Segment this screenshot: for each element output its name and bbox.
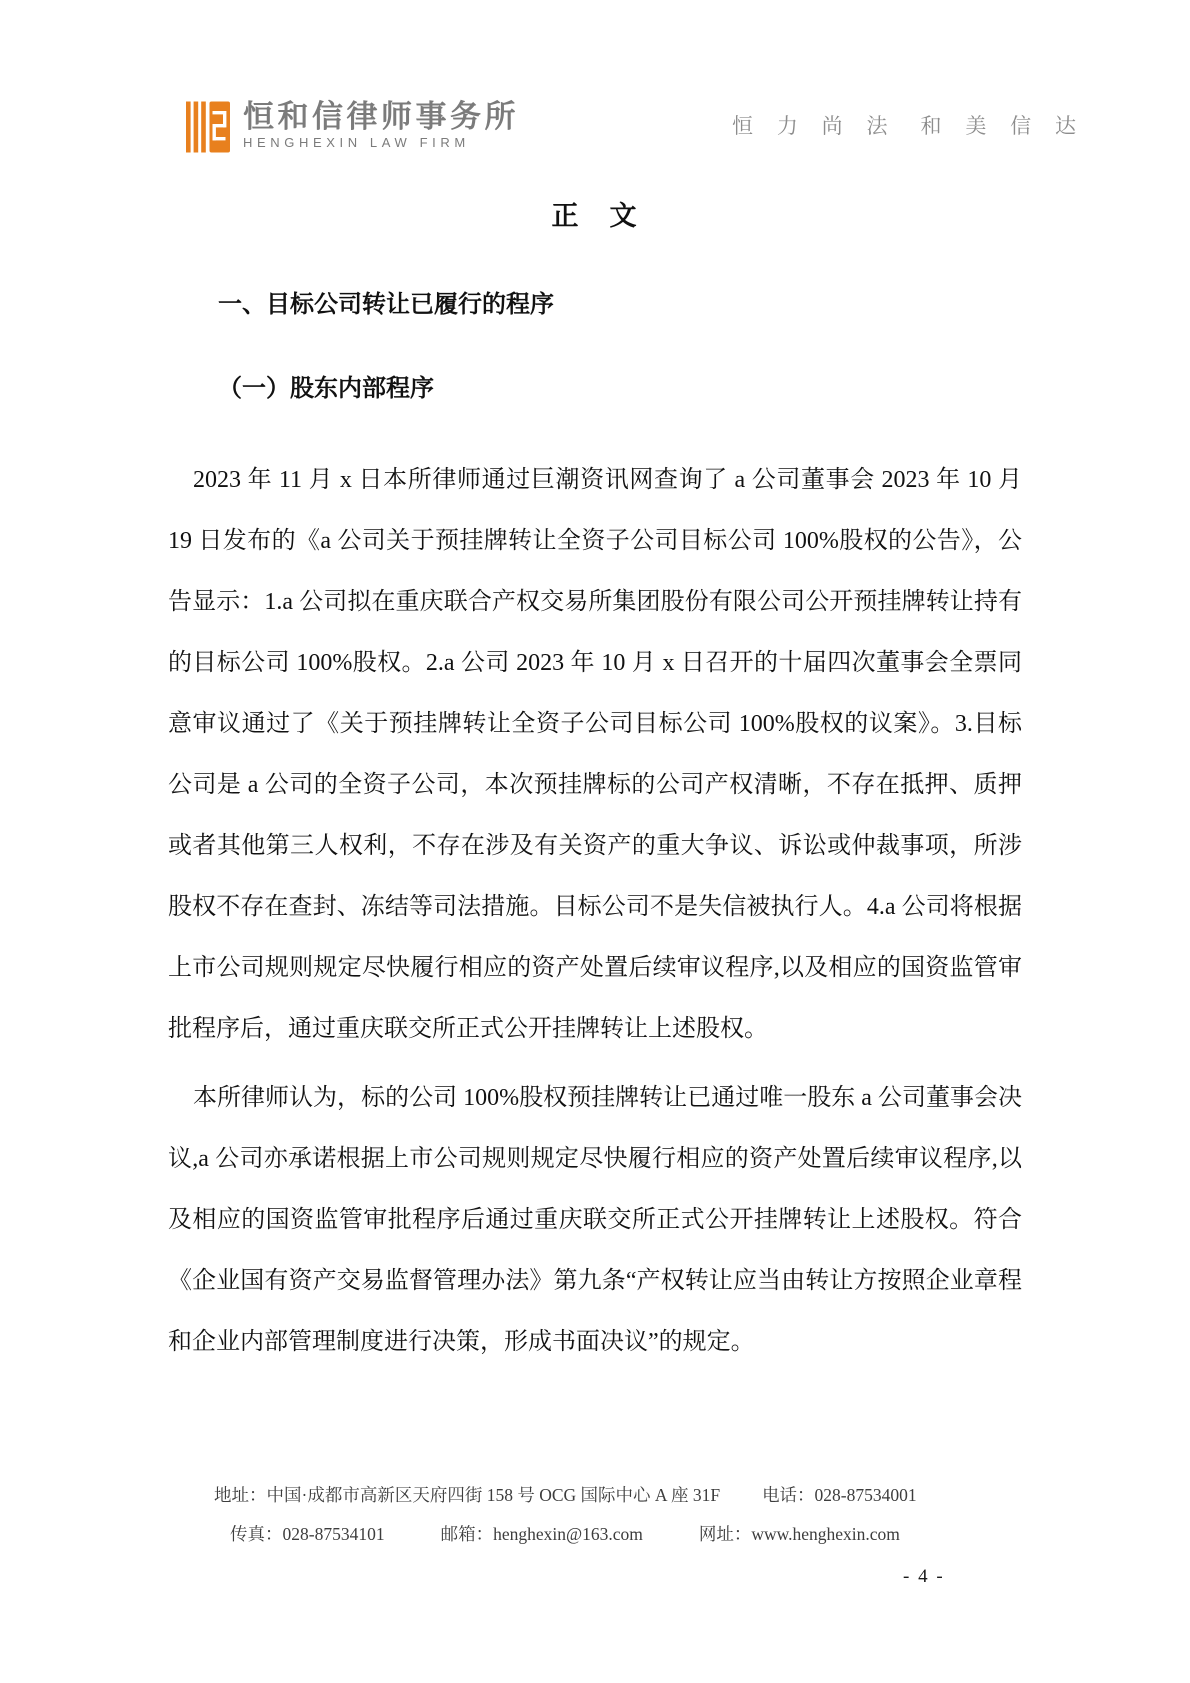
document-body: 正 文 一、目标公司转让已履行的程序 （一）股东内部程序 2023 年 11 月… [168,196,1022,1373]
footer-address: 地址：中国·成都市高新区天府四街 158 号 OCG 国际中心 A 座 31F [214,1482,720,1508]
law-firm-logo-icon [186,101,230,153]
page-number: - 4 - [903,1566,945,1588]
body-paragraph-2: 本所律师认为，标的公司 100%股权预挂牌转让已通过唯一股东 a 公司董事会决议… [168,1068,1022,1373]
law-firm-brand: 恒和信律师事务所 HENGHEXIN LAW FIRM [186,100,519,153]
slogan-part-1: 恒 力 尚 法 [732,110,897,140]
footer-email: 邮箱：henghexin@163.com [441,1521,643,1547]
document-title: 正 文 [168,196,1022,236]
law-firm-name-cn: 恒和信律师事务所 [243,100,519,134]
law-firm-name-en: HENGHEXIN LAW FIRM [243,135,519,150]
body-paragraph-1: 2023 年 11 月 x 日本所律师通过巨潮资讯网查询了 a 公司董事会 20… [168,450,1022,1060]
footer-phone: 电话：028-87534001 [762,1482,917,1508]
section-heading: 一、目标公司转让已履行的程序 [168,288,1022,322]
page-footer: 地址：中国·成都市高新区天府四街 158 号 OCG 国际中心 A 座 31F … [168,1482,1022,1547]
footer-fax: 传真：028-87534101 [230,1521,385,1547]
footer-row-1: 地址：中国·成都市高新区天府四街 158 号 OCG 国际中心 A 座 31F … [168,1482,1022,1508]
subsection-heading: （一）股东内部程序 [168,372,1022,406]
footer-website: 网址：www.henghexin.com [699,1521,900,1547]
document-page: 恒和信律师事务所 HENGHEXIN LAW FIRM 恒 力 尚 法 和 美 … [0,0,1190,1683]
footer-row-2: 传真：028-87534101 邮箱：henghexin@163.com 网址：… [168,1521,1022,1547]
slogan-part-2: 和 美 信 达 [921,110,1086,140]
header-slogan: 恒 力 尚 法 和 美 信 达 [732,110,1085,140]
law-firm-name: 恒和信律师事务所 HENGHEXIN LAW FIRM [243,100,519,150]
